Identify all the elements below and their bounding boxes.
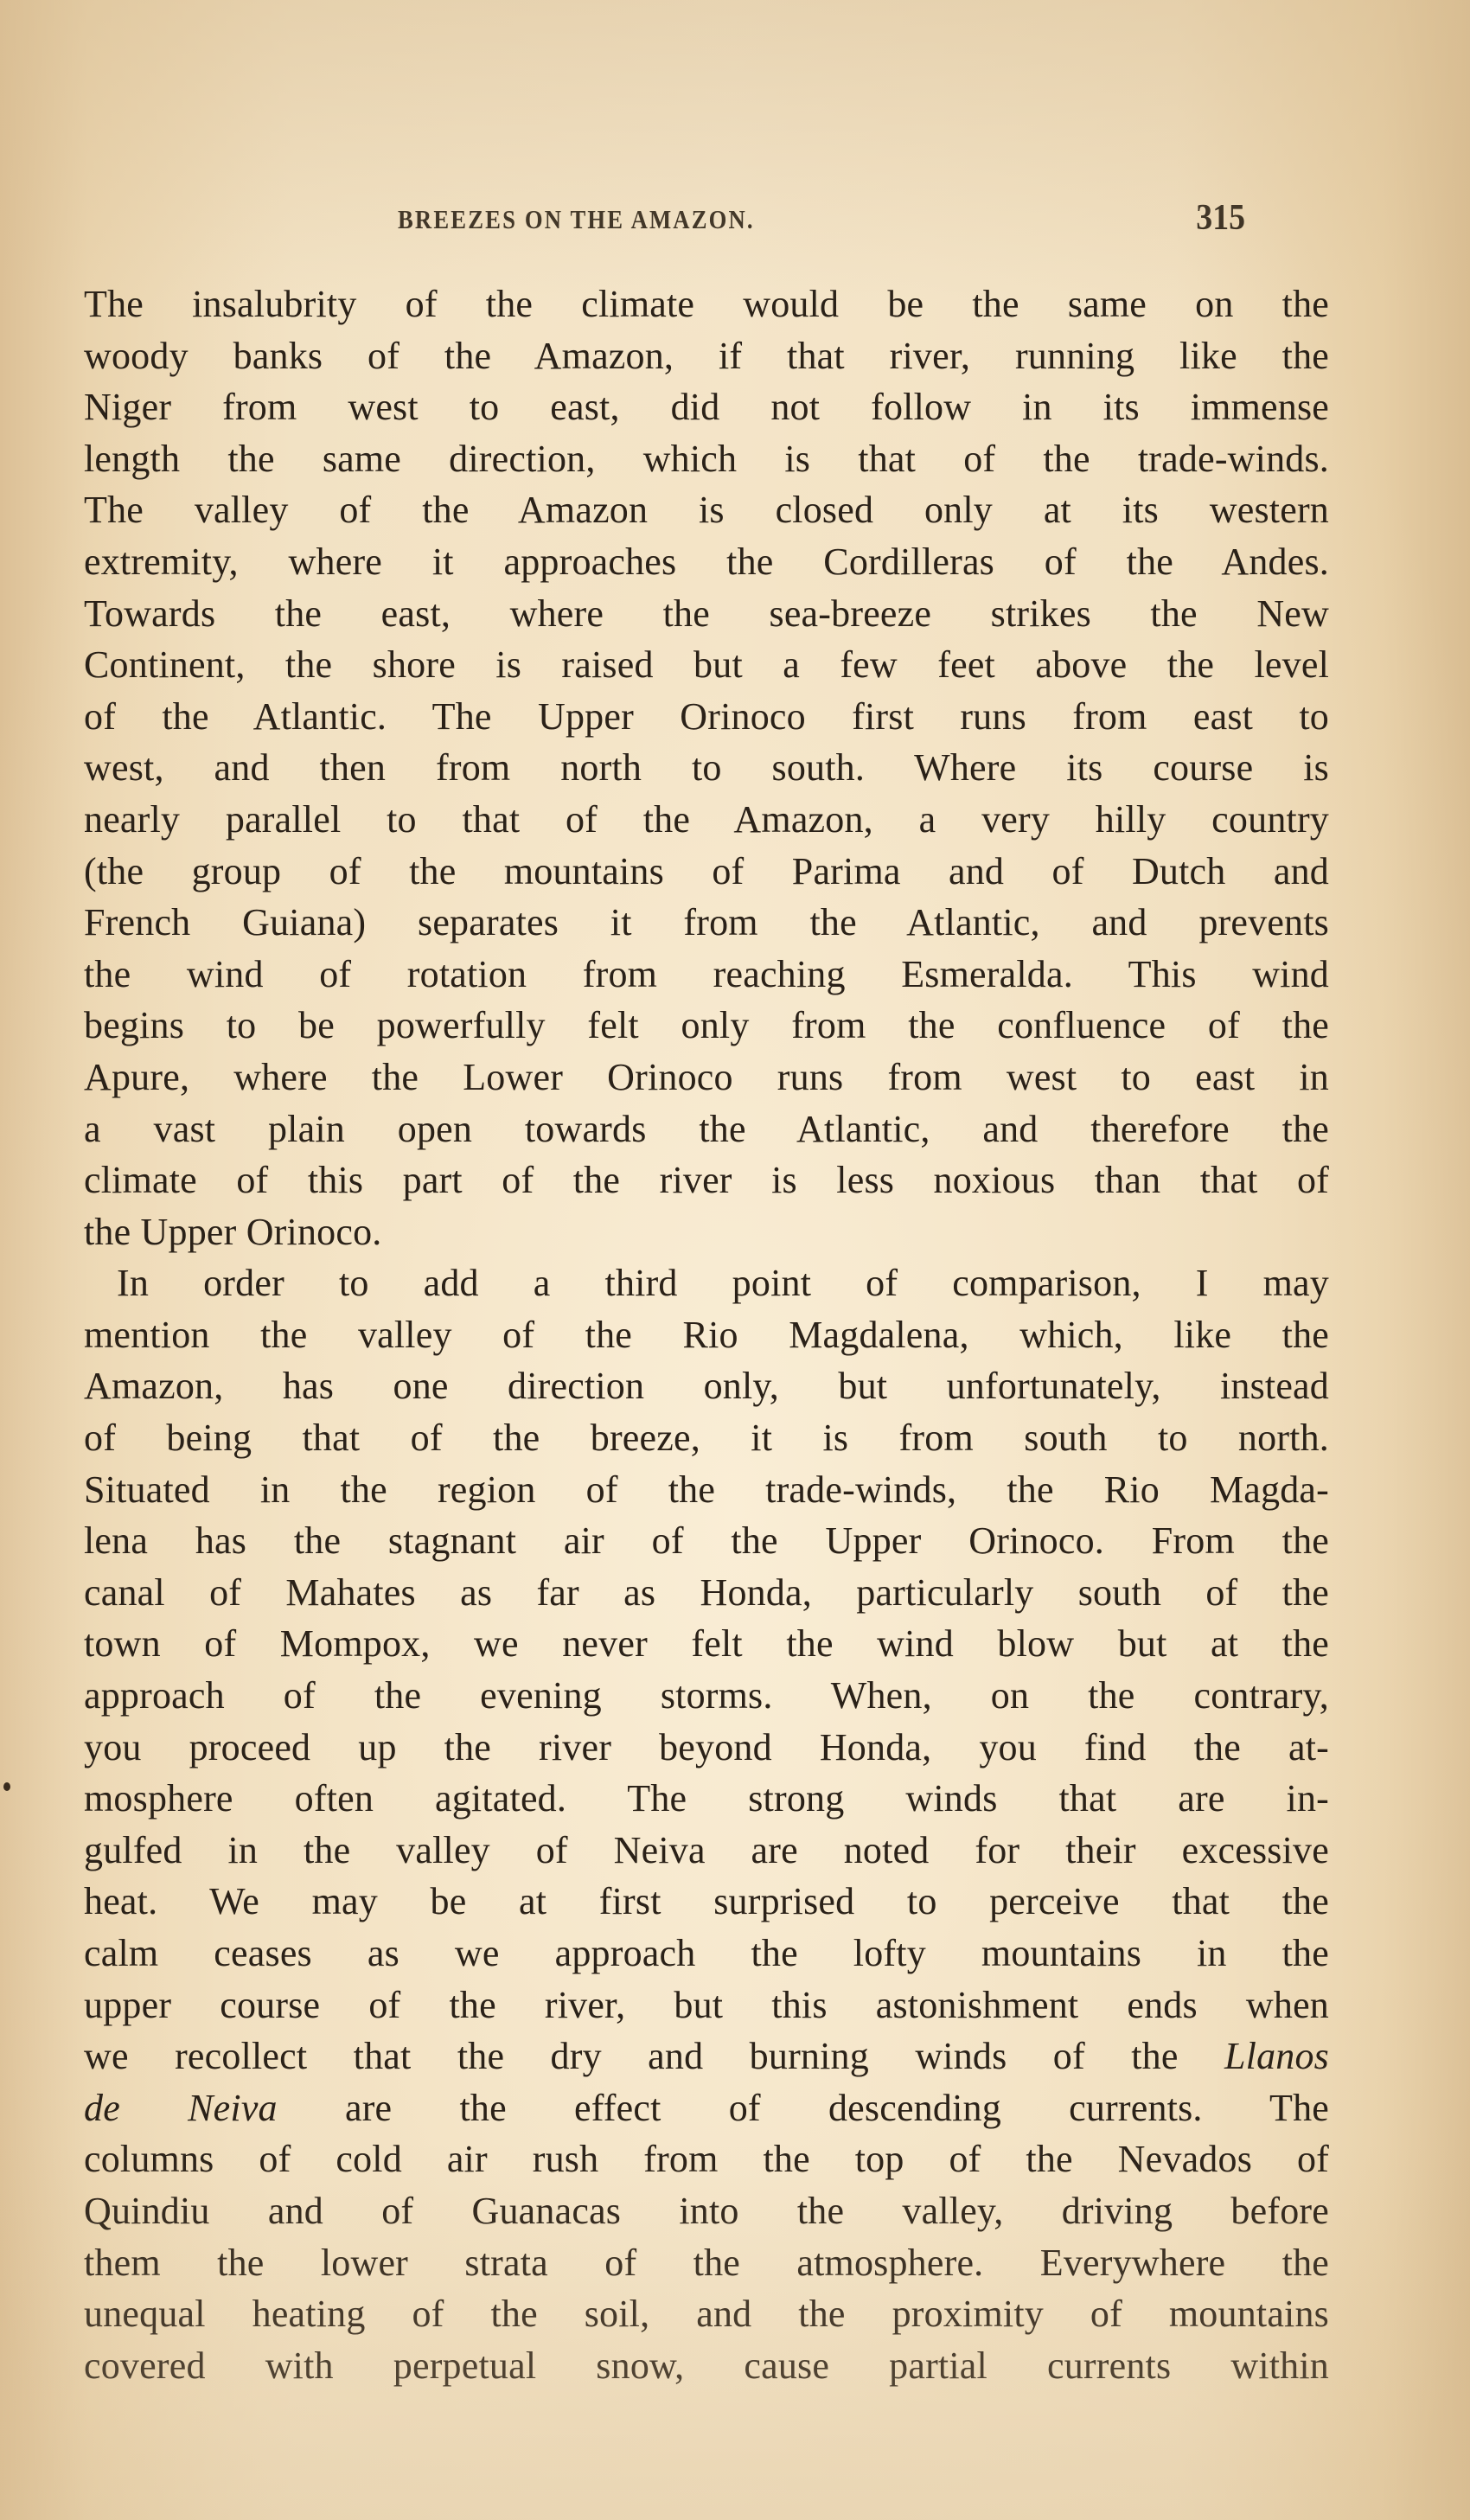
- text-line: west, and then from north to south. Wher…: [84, 742, 1329, 794]
- text-line: Continent, the shore is raised but a few…: [84, 639, 1329, 691]
- book-page: BREEZES ON THE AMAZON. 315 The insalubri…: [0, 0, 1470, 2520]
- text-line: upper course of the river, but this asto…: [84, 1980, 1329, 2031]
- text-line: covered with perpetual snow, cause parti…: [84, 2340, 1329, 2392]
- text-line: French Guiana) separates it from the Atl…: [84, 897, 1329, 949]
- text-line: approach of the evening storms. When, on…: [84, 1670, 1329, 1722]
- text-line-with-italic: de Neiva are the effect of descending cu…: [84, 2082, 1329, 2134]
- text-line: begins to be powerfully felt only from t…: [84, 1000, 1329, 1052]
- text-line: gulfed in the valley of Neiva are noted …: [84, 1825, 1329, 1877]
- text-line: Amazon, has one direction only, but unfo…: [84, 1360, 1329, 1412]
- paragraph-end-line: the Upper Orinoco.: [84, 1206, 1329, 1258]
- line-text: we recollect that the dry and burning wi…: [84, 2035, 1179, 2077]
- text-line: Niger from west to east, did not follow …: [84, 381, 1329, 433]
- running-head: BREEZES ON THE AMAZON. 315: [398, 204, 1245, 239]
- text-line: heat. We may be at first surprised to pe…: [84, 1876, 1329, 1928]
- text-line: them the lower strata of the atmosphere.…: [84, 2237, 1329, 2289]
- text-line: The valley of the Amazon is closed only …: [84, 484, 1329, 536]
- text-line: length the same direction, which is that…: [84, 433, 1329, 485]
- text-line: Apure, where the Lower Orinoco runs from…: [84, 1052, 1329, 1103]
- text-line: you proceed up the river beyond Honda, y…: [84, 1722, 1329, 1774]
- text-line: lena has the stagnant air of the Upper O…: [84, 1515, 1329, 1567]
- text-line: of being that of the breeze, it is from …: [84, 1412, 1329, 1464]
- body-text: The insalubrity of the climate would be …: [84, 278, 1329, 2391]
- text-line: extremity, where it approaches the Cordi…: [84, 536, 1329, 588]
- text-line: woody banks of the Amazon, if that river…: [84, 330, 1329, 382]
- text-line: town of Mompox, we never felt the wind b…: [84, 1618, 1329, 1670]
- text-line: columns of cold air rush from the top of…: [84, 2133, 1329, 2185]
- italic-term: de Neiva: [84, 2087, 278, 2129]
- text-line: a vast plain open towards the Atlantic, …: [84, 1103, 1329, 1155]
- text-line: (the group of the mountains of Parima an…: [84, 846, 1329, 898]
- text-line: mention the valley of the Rio Magdalena,…: [84, 1309, 1329, 1361]
- text-line: The insalubrity of the climate would be …: [84, 278, 1329, 330]
- text-line: Towards the east, where the sea-breeze s…: [84, 588, 1329, 640]
- italic-term: Llanos: [1224, 2035, 1329, 2077]
- running-title: BREEZES ON THE AMAZON.: [398, 204, 755, 235]
- text-line: the wind of rotation from reaching Esmer…: [84, 949, 1329, 1001]
- paragraph-start-line: In order to add a third point of compari…: [84, 1257, 1329, 1309]
- text-line: Quindiu and of Guanacas into the valley,…: [84, 2185, 1329, 2237]
- text-line: mosphere often agitated. The strong wind…: [84, 1773, 1329, 1825]
- text-line: nearly parallel to that of the Amazon, a…: [84, 794, 1329, 846]
- page-number: 315: [1196, 197, 1245, 239]
- text-line: climate of this part of the river is les…: [84, 1154, 1329, 1206]
- text-line: of the Atlantic. The Upper Orinoco first…: [84, 691, 1329, 743]
- margin-ink-dot: [3, 1782, 10, 1791]
- text-line: calm ceases as we approach the lofty mou…: [84, 1928, 1329, 1980]
- text-line: unequal heating of the soil, and the pro…: [84, 2288, 1329, 2340]
- line-text: are the effect of descending currents. T…: [345, 2087, 1329, 2129]
- text-line-with-italic: we recollect that the dry and burning wi…: [84, 2031, 1329, 2082]
- text-line: canal of Mahates as far as Honda, partic…: [84, 1567, 1329, 1619]
- text-line: Situated in the region of the trade-wind…: [84, 1464, 1329, 1516]
